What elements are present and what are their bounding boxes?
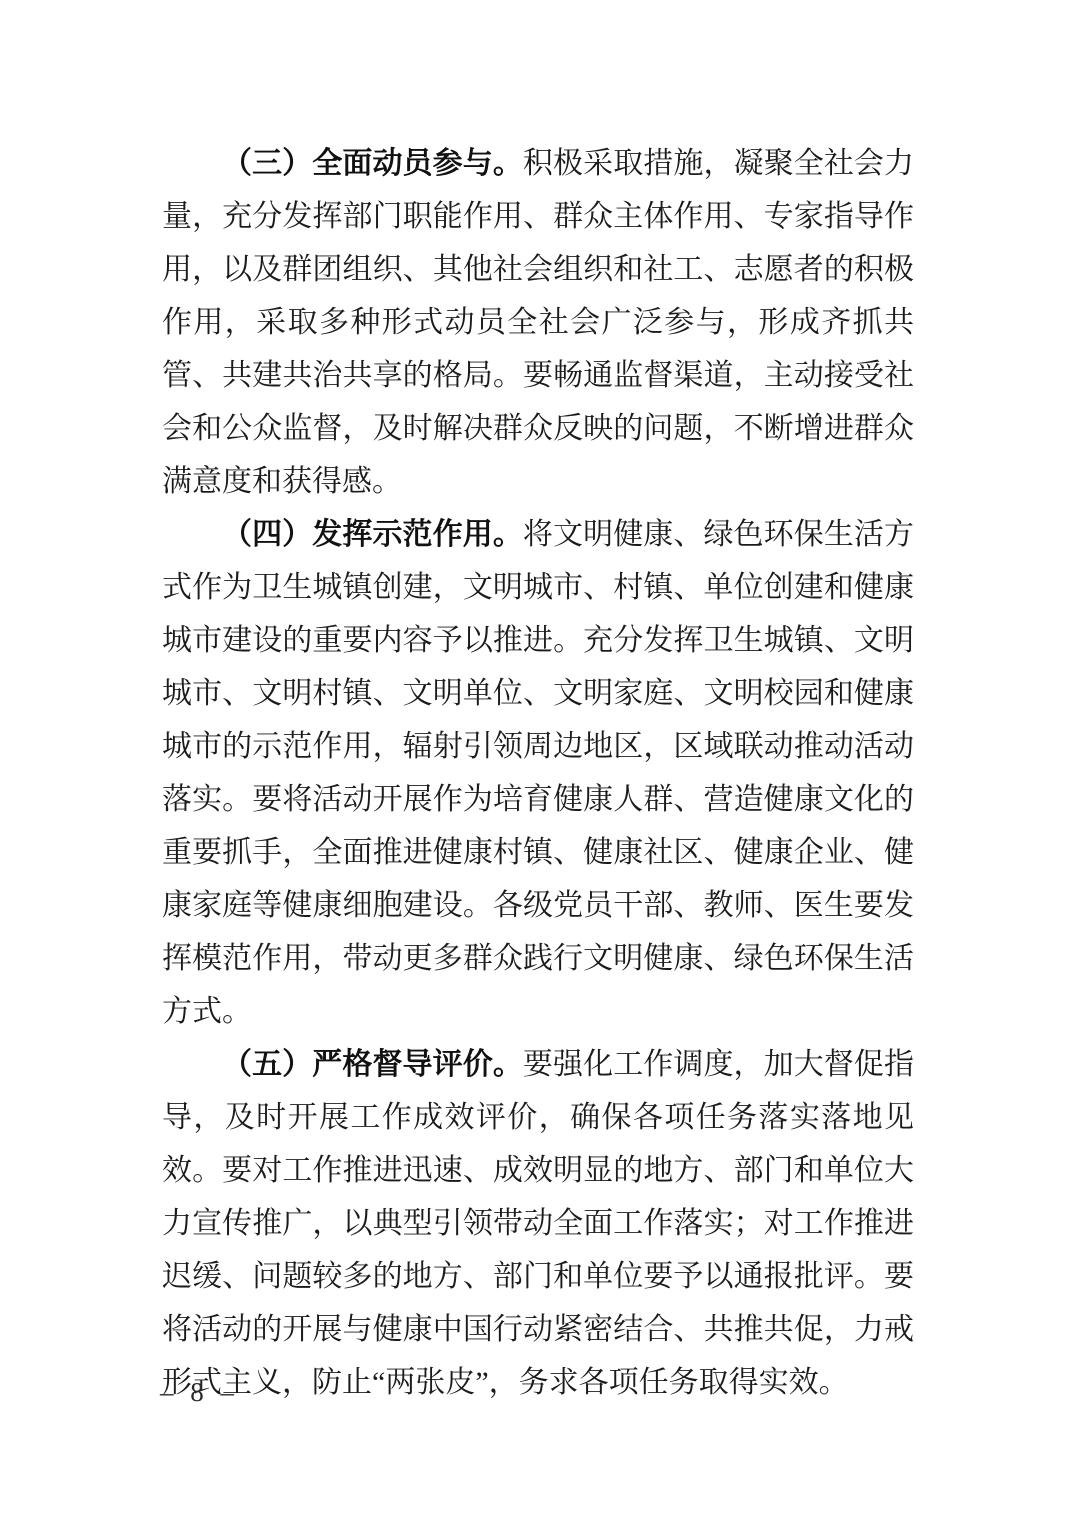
paragraph-5: （五）严格督导评价。要强化工作调度，加大督促指导，及时开展工作成效评价，确保各项… bbox=[162, 1038, 914, 1409]
paragraph-3-heading: （三）全面动员参与。 bbox=[222, 147, 523, 180]
paragraph-4-body: 将文明健康、绿色环保生活方式作为卫生城镇创建，文明城市、村镇、单位创建和健康城市… bbox=[162, 518, 914, 1028]
paragraph-4-heading: （四）发挥示范作用。 bbox=[222, 518, 523, 551]
paragraph-3: （三）全面动员参与。积极采取措施，凝聚全社会力量，充分发挥部门职能作用、群众主体… bbox=[162, 137, 914, 508]
paragraph-5-body: 要强化工作调度，加大督促指导，及时开展工作成效评价，确保各项任务落实落地见效。要… bbox=[162, 1048, 914, 1399]
document-body: （三）全面动员参与。积极采取措施，凝聚全社会力量，充分发挥部门职能作用、群众主体… bbox=[162, 137, 914, 1409]
paragraph-5-heading: （五）严格督导评价。 bbox=[222, 1048, 523, 1081]
page-number: – 8 – bbox=[160, 1377, 239, 1408]
document-page: （三）全面动员参与。积极采取措施，凝聚全社会力量，充分发挥部门职能作用、群众主体… bbox=[0, 0, 1074, 1520]
paragraph-4: （四）发挥示范作用。将文明健康、绿色环保生活方式作为卫生城镇创建，文明城市、村镇… bbox=[162, 508, 914, 1038]
paragraph-3-body: 积极采取措施，凝聚全社会力量，充分发挥部门职能作用、群众主体作用、专家指导作用，… bbox=[162, 147, 914, 498]
